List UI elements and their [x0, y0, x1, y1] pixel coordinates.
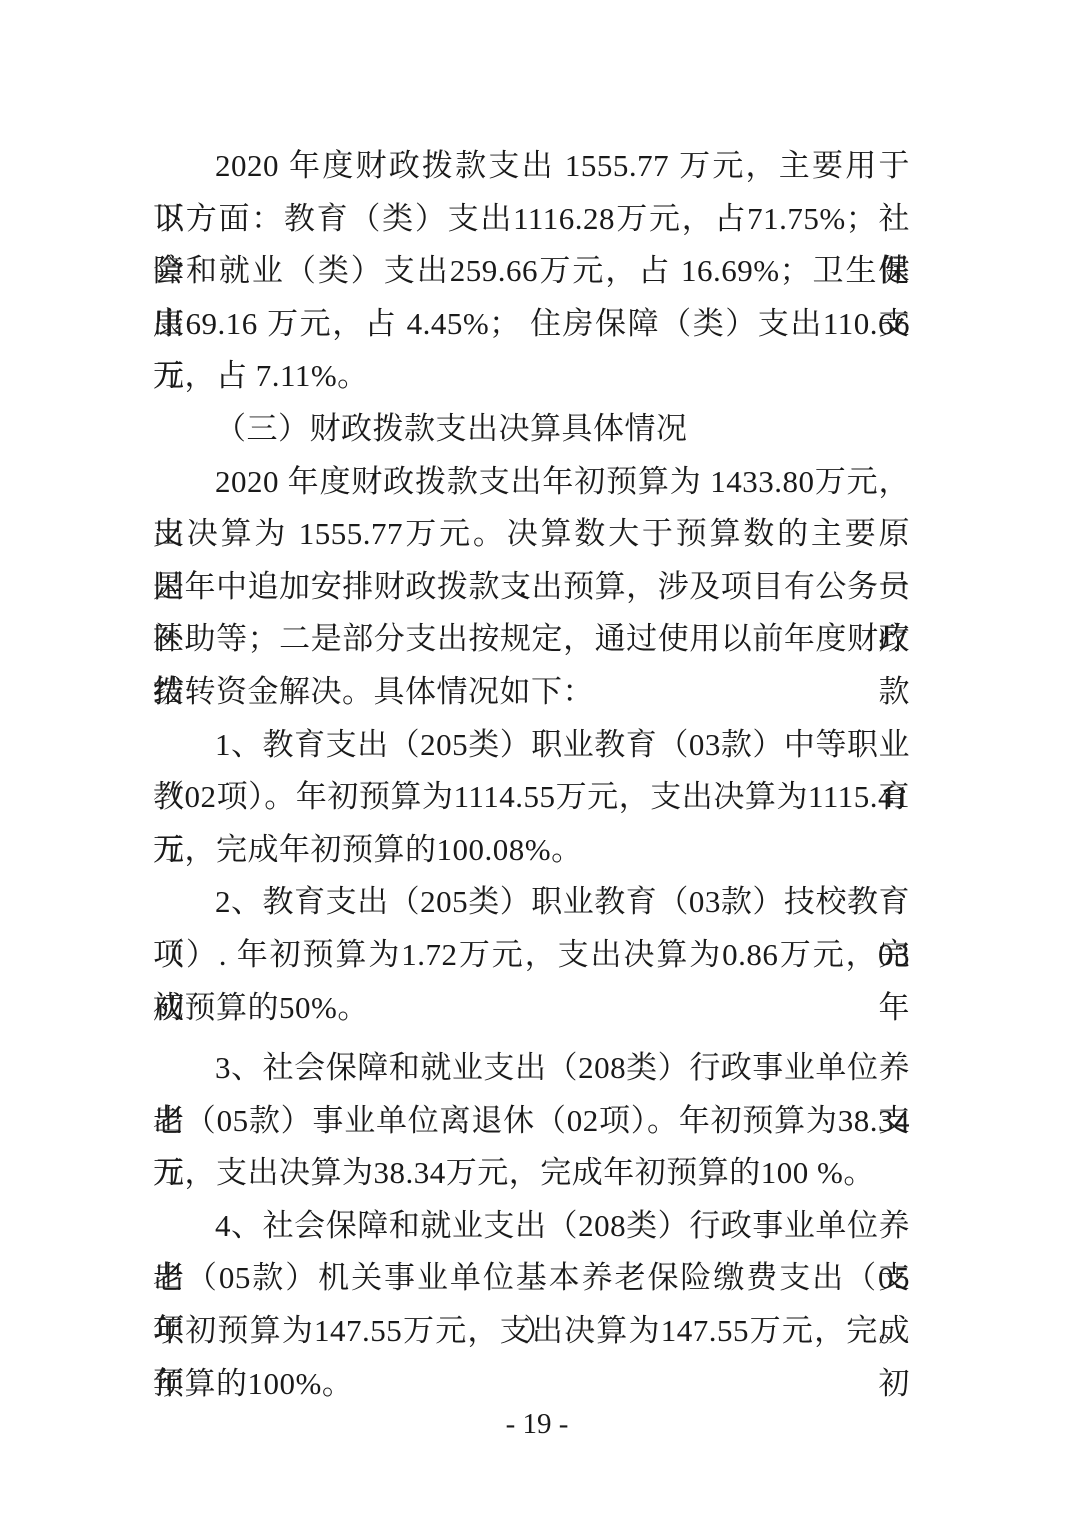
text-line: 2020 年度财政拨款支出年初预算为 1433.80万元，支 [153, 456, 910, 509]
text-line: 出（05款）机关事业单位基本养老保险缴费支出（05项）。 [153, 1252, 910, 1305]
text-line: 下方面：教育（类）支出1116.28万元，占71.75%；社会保 [153, 193, 910, 246]
text-line: 补助等；二是部分支出按规定，通过使用以前年度财政拨款 [153, 613, 910, 666]
text-line: 障和就业（类）支出259.66万元，占 16.69%；卫生健康支 [153, 245, 910, 298]
text-line: 4、社会保障和就业支出（208类）行政事业单位养老支 [153, 1200, 910, 1253]
document-body: 2020 年度财政拨款支出 1555.77 万元，主要用于以下方面：教育（类）支… [153, 140, 910, 1410]
text-line: （三）财政拨款支出决算具体情况 [153, 403, 910, 456]
text-line: 出69.16 万元，占 4.45%； 住房保障（类）支出110.66万 [153, 298, 910, 351]
text-line: 年初预算为147.55万元，支出决算为147.55万元，完成年初 [153, 1305, 910, 1358]
text-line: 是年中追加安排财政拨款支出预算，涉及项目有公务员医疗 [153, 561, 910, 614]
page-number: - 19 - [0, 1408, 1074, 1441]
text-line: 2、教育支出（205类）职业教育（03款）技校教育（03 [153, 876, 910, 929]
text-line: 1、教育支出（205类）职业教育（03款）中等职业教育 [153, 719, 910, 772]
text-line: 出决算为 1555.77万元。决算数大于预算数的主要原因：一 [153, 508, 910, 561]
text-line: 元，支出决算为38.34万元，完成年初预算的100 %。 [153, 1147, 910, 1200]
text-line: （02项）。年初预算为1114.55万元，支出决算为1115.41万 [153, 771, 910, 824]
text-line: 出（05款）事业单位离退休（02项）。年初预算为38.34万 [153, 1095, 910, 1148]
text-line: 3、社会保障和就业支出（208类）行政事业单位养老支 [153, 1042, 910, 1095]
document-page: 2020 年度财政拨款支出 1555.77 万元，主要用于以下方面：教育（类）支… [0, 0, 1074, 1520]
text-line: 元，完成年初预算的100.08%。 [153, 824, 910, 877]
text-line: 2020 年度财政拨款支出 1555.77 万元，主要用于以 [153, 140, 910, 193]
text-line: 项）. 年初预算为1.72万元，支出决算为0.86万元，完成年 [153, 929, 910, 982]
text-line: 元，占 7.11%。 [153, 350, 910, 403]
